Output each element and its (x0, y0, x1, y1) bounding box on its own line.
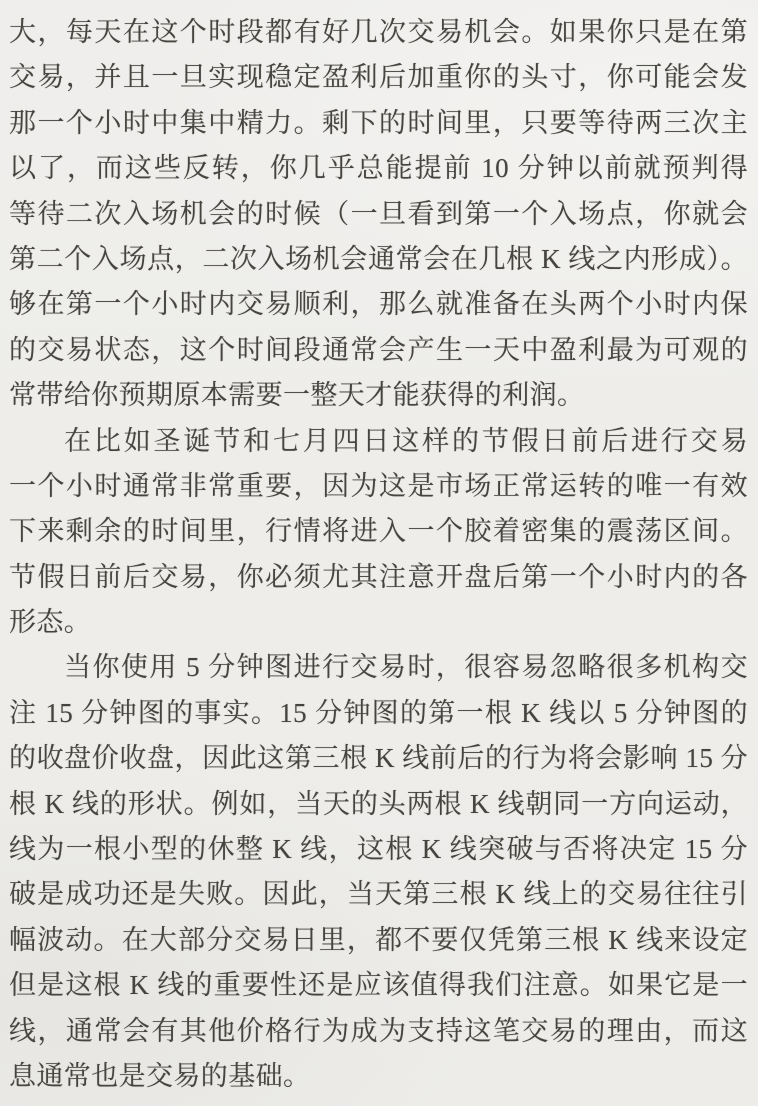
text-line: 第二个入场点，二次入场机会通常会在几根 K 线之内形成）。你一旦能 (9, 237, 748, 282)
text-line: 线为一根小型的休整 K 线，这根 K 线突破与否将决定 15 分钟图上的突 (9, 827, 748, 872)
text-line: 幅波动。在大部分交易日里，都不要仅凭第三根 K 线来设定你的交易， (9, 918, 748, 963)
text-line: 下来剩余的时间里，行情将进入一个胶着密集的震荡区间。如果你想在 (9, 509, 748, 554)
text-line: 注 15 分钟图的事实。15 分钟图的第一根 K 线以 5 分钟图的第三根 K … (9, 691, 748, 736)
text-line: 的收盘价收盘，因此这第三根 K 线前后的行为将会影响 15 分钟图第一 (9, 736, 748, 781)
text-line: 息通常也是交易的基础。 (9, 1054, 748, 1099)
text-line: 节假日前后交易，你必须尤其注意开盘后第一个小时内的各种交易 (9, 555, 748, 600)
paragraph-1: 大，每天在这个时段都有好几次交易机会。如果你只是在第一个小时内交易，并且一旦实现… (9, 10, 748, 419)
paragraph-3: 当你使用 5 分钟图进行交易时，很容易忽略很多机构交易员正在关注 15 分钟图的… (9, 645, 748, 1099)
text-line: 以了，而这些反转，你几乎总能提前 10 分钟以前就预判得到，特别在 (9, 146, 748, 191)
text-line: 当你使用 5 分钟图进行交易时，很容易忽略很多机构交易员正在关 (9, 645, 748, 690)
text-line: 一个小时通常非常重要，因为这是市场正常运转的唯一有效时间。在接 (9, 464, 748, 509)
text-line: 的交易状态，这个时间段通常会产生一天中盈利最为可观的交易，并经 (9, 328, 748, 373)
text-line: 在比如圣诞节和七月四日这样的节假日前后进行交易时，开盘后第 (9, 419, 748, 464)
text-line: 线，通常会有其他价格行为成为支持这笔交易的理由，而这些额外的信 (9, 1009, 748, 1054)
text-line: 但是这根 K 线的重要性还是应该值得我们注意。如果它是一根重要的 K (9, 963, 748, 1008)
text-line: 常带给你预期原本需要一整天才能获得的利润。 (9, 373, 748, 418)
paragraph-2: 在比如圣诞节和七月四日这样的节假日前后进行交易时，开盘后第一个小时通常非常重要，… (9, 419, 748, 646)
text-line: 破是成功还是失败。因此，当天第三根 K 线上的交易往往引发一轮大 (9, 872, 748, 917)
text-line: 那一个小时中集中精力。剩下的时间里，只要等待两三次主要反转就可 (9, 101, 748, 146)
page-text-content: 大，每天在这个时段都有好几次交易机会。如果你只是在第一个小时内交易，并且一旦实现… (9, 10, 748, 1099)
text-line: 够在第一个小时内交易顺利，那么就准备在头两个小时内保持这种良好 (9, 282, 748, 327)
text-line: 根 K 线的形状。例如，当天的头两根 K 线朝同一方向运动，第三根 K (9, 782, 748, 827)
book-page: 大，每天在这个时段都有好几次交易机会。如果你只是在第一个小时内交易，并且一旦实现… (0, 0, 758, 1106)
text-line: 等待二次入场机会的时候（一旦看到第一个入场点，你就会准备迎接 (9, 192, 748, 237)
text-line: 形态。 (9, 600, 748, 645)
text-line: 大，每天在这个时段都有好几次交易机会。如果你只是在第一个小时内 (9, 10, 748, 55)
text-line: 交易，并且一旦实现稳定盈利后加重你的头寸，你可能会发现只需要在 (9, 55, 748, 100)
